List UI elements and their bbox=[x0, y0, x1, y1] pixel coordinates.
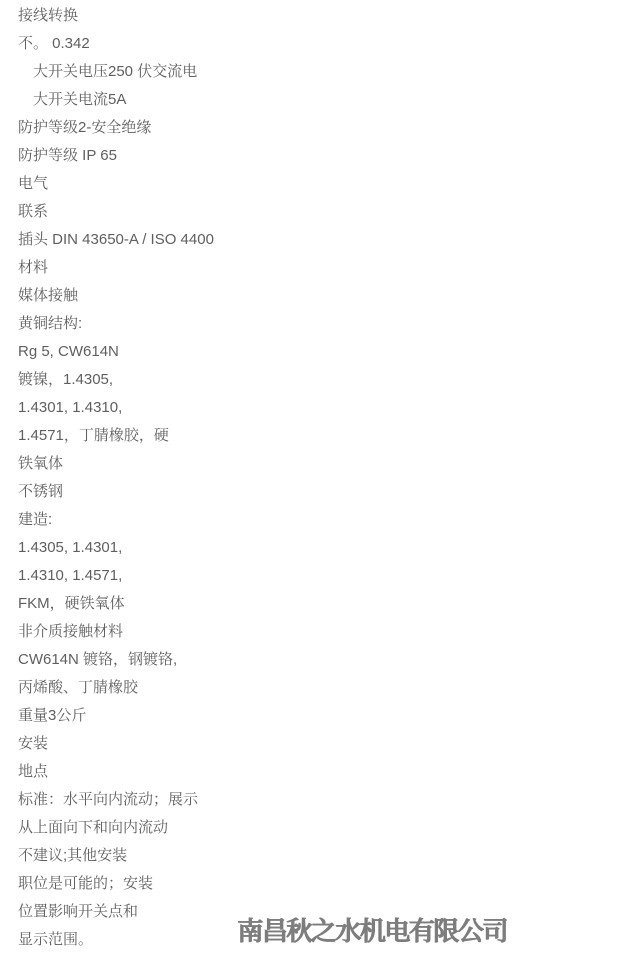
spec-line: 媒体接触 bbox=[0, 282, 633, 310]
spec-text-block: 接线转换不。 0.342大开关电压250 伏交流电大开关电流5A防护等级2-安全… bbox=[0, 0, 633, 954]
spec-line: 插头 DIN 43650-A / ISO 4400 bbox=[0, 226, 633, 254]
spec-line: 安装 bbox=[0, 730, 633, 758]
spec-line: 镀镍，1.4305, bbox=[0, 366, 633, 394]
spec-line: 1.4571，丁腈橡胶，硬 bbox=[0, 422, 633, 450]
spec-line: 电气 bbox=[0, 170, 633, 198]
spec-line: 1.4301, 1.4310, bbox=[0, 394, 633, 422]
spec-line: 材料 bbox=[0, 254, 633, 282]
spec-line: 防护等级2-安全绝缘 bbox=[0, 114, 633, 142]
spec-line: 丙烯酸、丁腈橡胶 bbox=[0, 674, 633, 702]
spec-line: 从上面向下和向内流动 bbox=[0, 814, 633, 842]
spec-line: 重量3公斤 bbox=[0, 702, 633, 730]
spec-line: 防护等级 IP 65 bbox=[0, 142, 633, 170]
spec-line: CW614N 镀铬，钢镀铬, bbox=[0, 646, 633, 674]
spec-line: 接线转换 bbox=[0, 2, 633, 30]
spec-line: 大开关电流5A bbox=[0, 86, 633, 114]
spec-line: 不建议;其他安装 bbox=[0, 842, 633, 870]
spec-line: 1.4310, 1.4571, bbox=[0, 562, 633, 590]
spec-line: 地点 bbox=[0, 758, 633, 786]
spec-line: 1.4305, 1.4301, bbox=[0, 534, 633, 562]
spec-line: 不锈钢 bbox=[0, 478, 633, 506]
company-watermark: 南昌秋之水机电有限公司 bbox=[237, 911, 507, 948]
spec-line: 非介质接触材料 bbox=[0, 618, 633, 646]
spec-line: Rg 5, CW614N bbox=[0, 338, 633, 366]
spec-document: 接线转换不。 0.342大开关电压250 伏交流电大开关电流5A防护等级2-安全… bbox=[0, 0, 633, 955]
spec-line: 黄铜结构: bbox=[0, 310, 633, 338]
spec-line: 联系 bbox=[0, 198, 633, 226]
spec-line: FKM，硬铁氧体 bbox=[0, 590, 633, 618]
spec-line: 不。 0.342 bbox=[0, 30, 633, 58]
spec-line: 职位是可能的；安装 bbox=[0, 870, 633, 898]
spec-line: 铁氧体 bbox=[0, 450, 633, 478]
spec-line: 大开关电压250 伏交流电 bbox=[0, 58, 633, 86]
spec-line: 标准：水平向内流动；展示 bbox=[0, 786, 633, 814]
spec-line: 建造: bbox=[0, 506, 633, 534]
